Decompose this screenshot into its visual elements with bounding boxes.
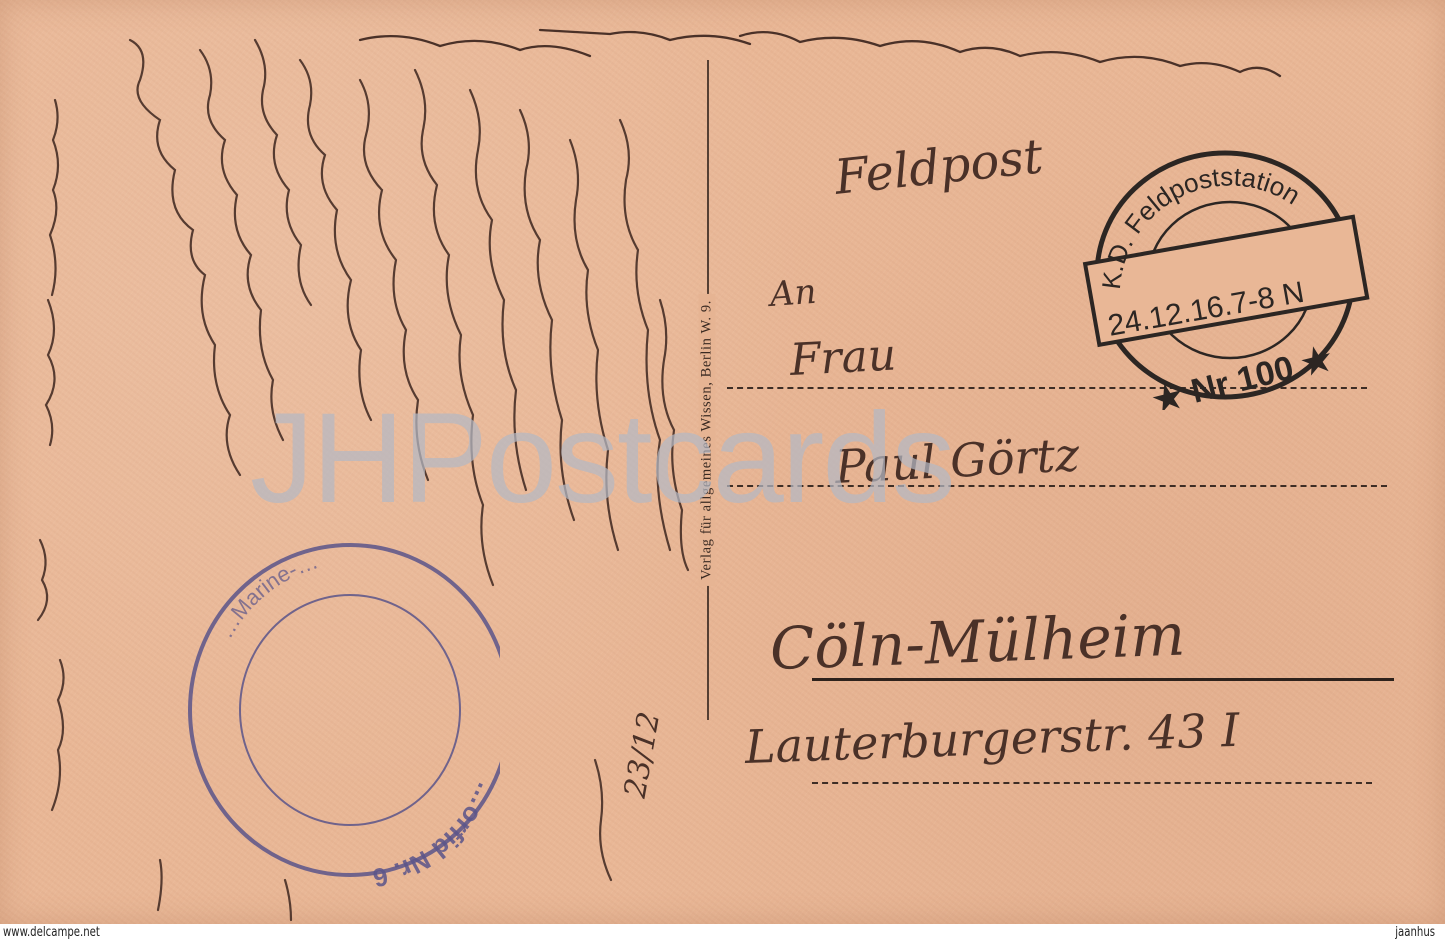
svg-text:…orfid Nr. 6: …orfid Nr. 6: [370, 778, 500, 890]
postcard: Verlag für allgemeines Wissen, Berlin W.…: [0, 0, 1445, 924]
unit-stamp-bottom-text: …orfid Nr. 6: [370, 778, 500, 890]
postmark-number: ★ Nr 100 ★: [1149, 339, 1337, 410]
unit-stamp: …Marine-… …orfid Nr. 6: [180, 520, 500, 890]
footer-seller[interactable]: jaanhus: [1395, 924, 1435, 941]
footer-source-link[interactable]: www.delcampe.net: [3, 924, 100, 941]
publisher-imprint: Verlag für allgemeines Wissen, Berlin W.…: [699, 294, 716, 586]
address-line-2: [727, 485, 1387, 487]
address-line-4: [812, 782, 1372, 784]
feldpost-postmark: K.D. Feldpoststation 24.12.16.7-8 N ★ Nr…: [1080, 140, 1370, 410]
recipient-city: Cöln-Mülheim: [769, 601, 1186, 683]
address-prefix: An: [769, 272, 818, 315]
svg-text:…Marine-…: …Marine-…: [212, 548, 321, 642]
unit-stamp-top-text: …Marine-…: [212, 548, 321, 642]
address-salutation: Frau: [789, 329, 898, 385]
